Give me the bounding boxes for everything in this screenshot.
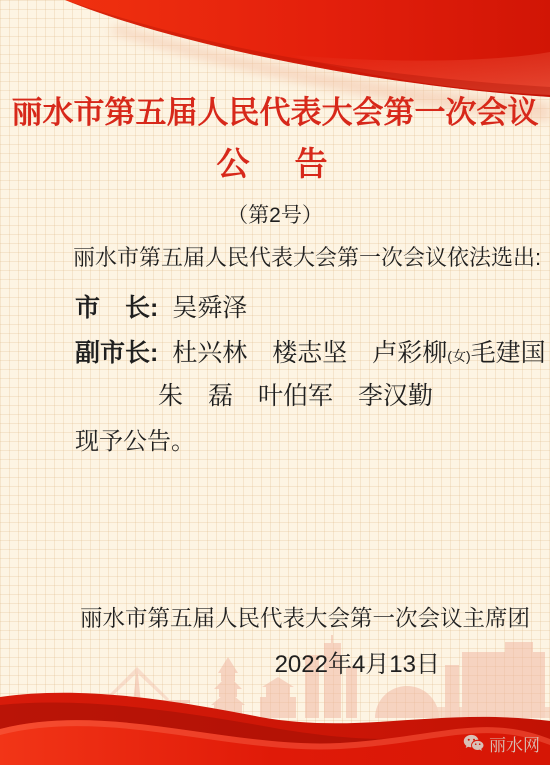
notice-number: （第2号）	[0, 199, 550, 229]
watermark-label: 丽水网	[489, 731, 540, 756]
vice-mayor-names-part1: 杜兴林 楼志坚 卢彩柳	[172, 339, 447, 367]
vice-mayor-line-2: 朱 磊 叶伯军 李汉勤	[158, 376, 433, 412]
announcement-title-line1: 丽水市第五届人民代表大会第一次会议	[0, 92, 550, 134]
announcement-page: 丽水市第五届人民代表大会第一次会议 公 告 （第2号） 丽水市第五届人民代表大会…	[0, 0, 550, 765]
site-watermark: 丽水网	[463, 731, 540, 756]
mayor-line: 市 长: 吴舜泽	[75, 288, 247, 324]
intro-sentence: 丽水市第五届人民代表大会第一次会议依法选出:	[73, 241, 541, 272]
mayor-role-label: 市 长:	[75, 294, 158, 322]
gender-note: (女)	[447, 348, 470, 364]
vice-mayor-line-1: 副市长: 杜兴林 楼志坚 卢彩柳(女)毛建国	[75, 333, 546, 369]
vice-mayor-names-part2: 毛建国	[471, 339, 546, 367]
issuer-signature: 丽水市第五届人民代表大会第一次会议主席团	[80, 601, 530, 633]
closing-sentence: 现予公告。	[75, 421, 195, 456]
issue-date: 2022年4月13日	[275, 644, 440, 679]
announcement-title-line2: 公 告	[0, 144, 550, 184]
vice-mayor-role-label: 副市长:	[75, 339, 158, 367]
mayor-name: 吴舜泽	[172, 294, 247, 322]
wechat-icon	[463, 734, 485, 753]
